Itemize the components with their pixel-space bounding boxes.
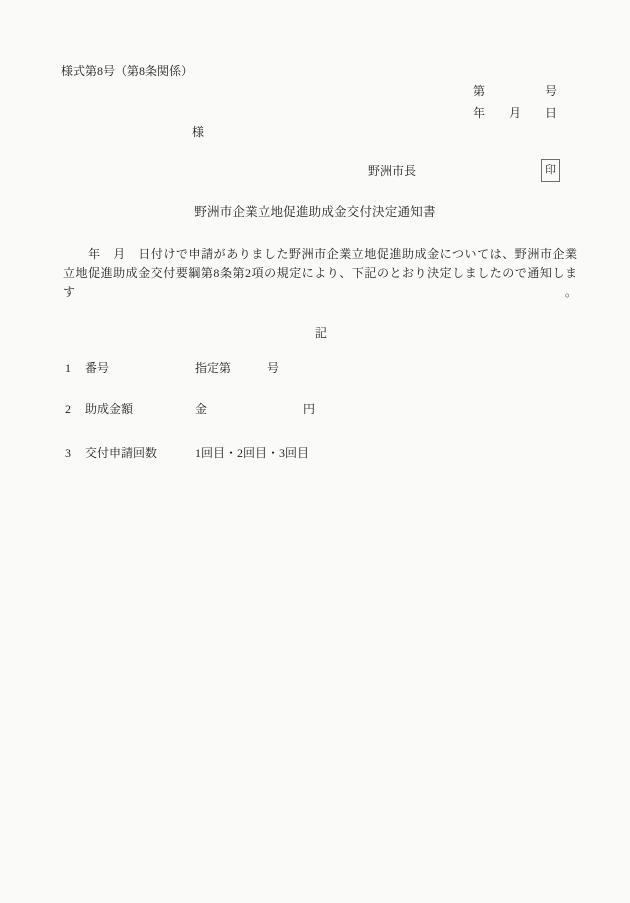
sender-name: 野洲市長 (368, 164, 416, 178)
item-label: 番号 (85, 361, 109, 375)
item-index: 1 (65, 361, 71, 375)
item-value: 金 円 (195, 402, 315, 416)
item-value: 指定第 号 (195, 361, 279, 375)
record-mark: 記 (0, 326, 630, 340)
body-paragraph: 年 月 日付けで申請がありました野洲市企業立地促進助成金については、野洲市企業 … (63, 245, 577, 302)
body-line-2: 立地促進助成金交付要綱第8条第2項の規定により、下記のとおり決定しましたので通知… (63, 266, 577, 299)
list-item-number: 1 番号 指定第 号 (0, 361, 630, 377)
date-line: 年 月 日 (473, 106, 557, 120)
document-number-line: 第 号 (473, 84, 557, 98)
document-page: 様式第8号（第8条関係） 第 号 年 月 日 様 野洲市長 印 野洲市企業立地促… (0, 0, 630, 903)
item-label: 助成金額 (85, 402, 133, 416)
item-value: 1回目・2回目・3回目 (195, 446, 309, 460)
item-index: 2 (65, 402, 71, 416)
form-number-label: 様式第8号（第8条関係） (61, 64, 193, 78)
seal-placeholder-box: 印 (541, 159, 560, 182)
document-title: 野洲市企業立地促進助成金交付決定通知書 (0, 205, 630, 220)
item-index: 3 (65, 446, 71, 460)
list-item-grant-amount: 2 助成金額 金 円 (0, 402, 630, 418)
list-item-application-count: 3 交付申請回数 1回目・2回目・3回目 (0, 446, 630, 462)
item-label: 交付申請回数 (85, 446, 157, 460)
body-line-1: 年 月 日付けで申請がありました野洲市企業立地促進助成金については、野洲市企業 (63, 247, 577, 261)
addressee-honorific: 様 (192, 125, 204, 139)
seal-character: 印 (545, 165, 556, 176)
